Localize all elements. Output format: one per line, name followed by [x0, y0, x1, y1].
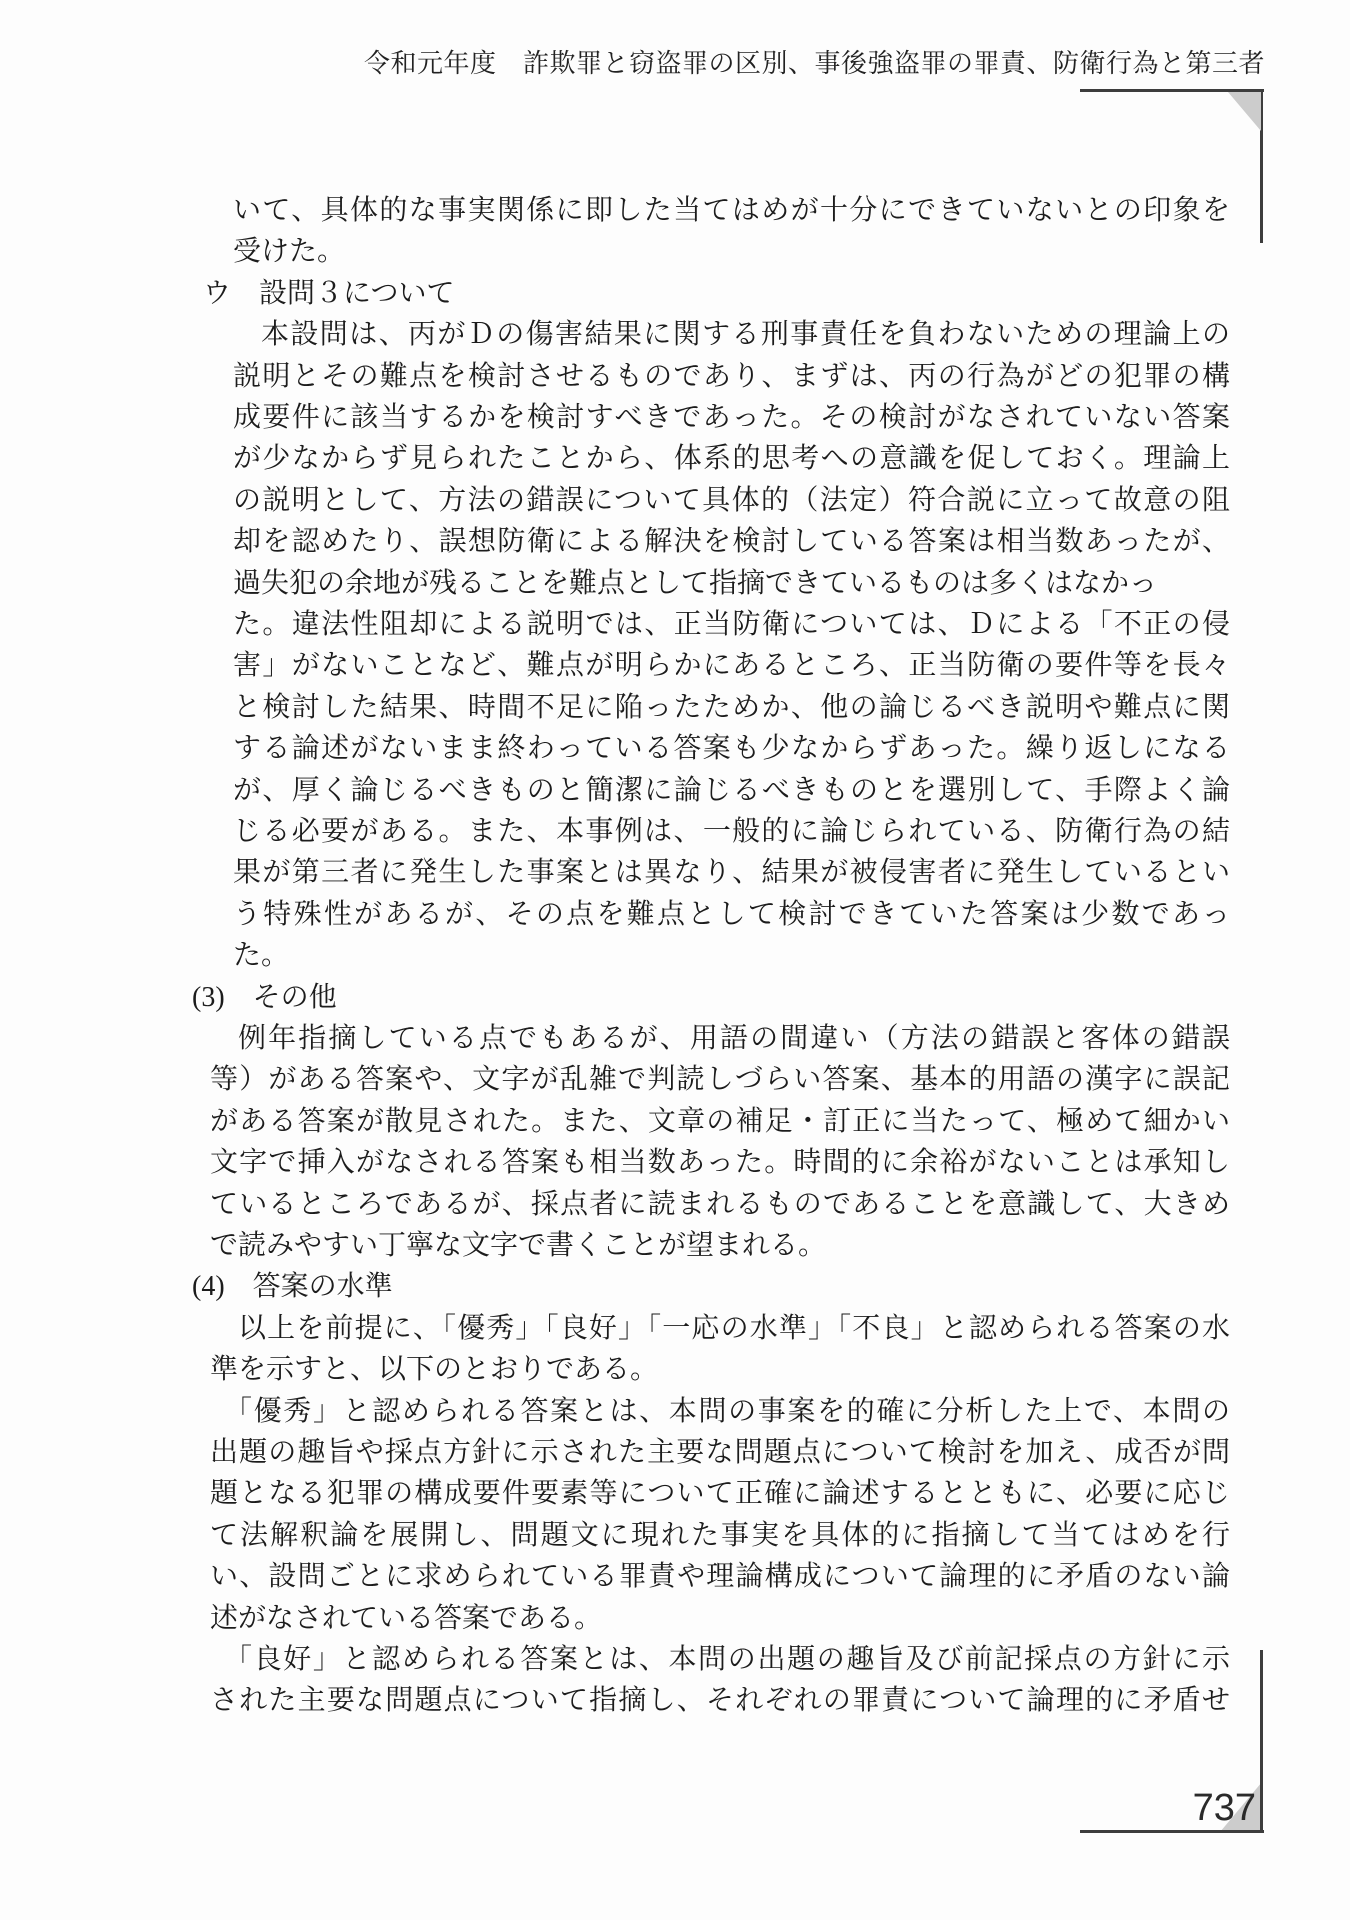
- text-line: 説明とその難点を検討させるものであり、まずは、丙の行為がどの犯罪の構: [233, 356, 1230, 397]
- text-line: 却を認めたり、誤想防衛による解決を検討している答案は相当数あったが、: [233, 521, 1230, 562]
- text-line: 出題の趣旨や採点方針に示された主要な問題点について検討を加え、成否が問: [210, 1432, 1230, 1473]
- text-line: 例年指摘している点でもあるが、用語の間違い（方法の錯誤と客体の錯誤: [238, 1018, 1230, 1059]
- text-line: 「良好」と認められる答案とは、本問の出題の趣旨及び前記採点の方針に示: [224, 1639, 1230, 1680]
- text-line: 過失犯の余地が残ることを難点として指摘できているものは多くはなかっ: [233, 563, 1230, 604]
- text-line: 「優秀」と認められる答案とは、本問の事案を的確に分析した上で、本問の: [224, 1391, 1230, 1432]
- text-line: された主要な問題点について指摘し、それぞれの罪責について論理的に矛盾せ: [210, 1680, 1230, 1721]
- text-line: 受けた。: [233, 231, 1230, 272]
- text-line: がある答案が散見された。また、文章の補足・訂正に当たって、極めて細かい: [210, 1101, 1230, 1142]
- document-page: 令和元年度 詐欺罪と窃盗罪の区別、事後強盗罪の罪責、防衛行為と第三者 いて、具体…: [0, 0, 1350, 1920]
- text-line: する論述がないまま終わっている答案も少なからずあった。繰り返しになる: [233, 728, 1230, 769]
- text-line: (4) 答案の水準: [192, 1266, 1230, 1307]
- text-line: い、設問ごとに求められている罪責や理論構成について論理的に矛盾のない論: [210, 1556, 1230, 1597]
- text-line: う特殊性があるが、その点を難点として検討できていた答案は少数であっ: [233, 894, 1230, 935]
- text-line: と検討した結果、時間不足に陥ったためか、他の論じるべき説明や難点に関: [233, 687, 1230, 728]
- text-line: た。違法性阻却による説明では、正当防衛については、Ｄによる「不正の侵: [233, 604, 1230, 645]
- text-line: 本設問は、丙がＤの傷害結果に関する刑事責任を負わないための理論上の: [261, 314, 1230, 355]
- text-line: ウ 設問３について: [203, 273, 1230, 314]
- text-line: た。: [233, 935, 1230, 976]
- text-line: が少なからず見られたことから、体系的思考への意識を促しておく。理論上: [233, 438, 1230, 479]
- bottom-rule-horizontal: [1080, 1830, 1264, 1833]
- text-line: て法解釈論を展開し、問題文に現れた事実を具体的に指摘して当てはめを行: [210, 1515, 1230, 1556]
- text-line: (3) その他: [192, 977, 1230, 1018]
- text-line: 題となる犯罪の構成要件要素等について正確に論述するとともに、必要に応じ: [210, 1473, 1230, 1514]
- page-number: 737: [1060, 1788, 1256, 1828]
- bottom-rule-vertical: [1260, 1650, 1263, 1833]
- text-line: 以上を前提に、「優秀」「良好」「一応の水準」「不良」と認められる答案の水: [238, 1308, 1230, 1349]
- text-line: で読みやすい丁寧な文字で書くことが望まれる。: [210, 1225, 1230, 1266]
- text-line: 害」がないことなど、難点が明らかにあるところ、正当防衛の要件等を長々: [233, 645, 1230, 686]
- text-line: ているところであるが、採点者に読まれるものであることを意識して、大きめ: [210, 1184, 1230, 1225]
- text-line: 準を示すと、以下のとおりである。: [210, 1349, 1230, 1390]
- body-text: いて、具体的な事実関係に即した当てはめが十分にできていないとの印象を受けた。ウ …: [0, 0, 1350, 1920]
- text-line: の説明として、方法の錯誤について具体的（法定）符合説に立って故意の阻: [233, 480, 1230, 521]
- text-line: いて、具体的な事実関係に即した当てはめが十分にできていないとの印象を: [233, 190, 1230, 231]
- text-line: 文字で挿入がなされる答案も相当数あった。時間的に余裕がないことは承知し: [210, 1142, 1230, 1183]
- text-line: 果が第三者に発生した事案とは異なり、結果が被侵害者に発生しているとい: [233, 852, 1230, 893]
- text-line: が、厚く論じるべきものと簡潔に論じるべきものとを選別して、手際よく論: [233, 770, 1230, 811]
- text-line: 等）がある答案や、文字が乱雑で判読しづらい答案、基本的用語の漢字に誤記: [210, 1059, 1230, 1100]
- text-line: 述がなされている答案である。: [210, 1598, 1230, 1639]
- text-line: 成要件に該当するかを検討すべきであった。その検討がなされていない答案: [233, 397, 1230, 438]
- text-line: じる必要がある。また、本事例は、一般的に論じられている、防衛行為の結: [233, 811, 1230, 852]
